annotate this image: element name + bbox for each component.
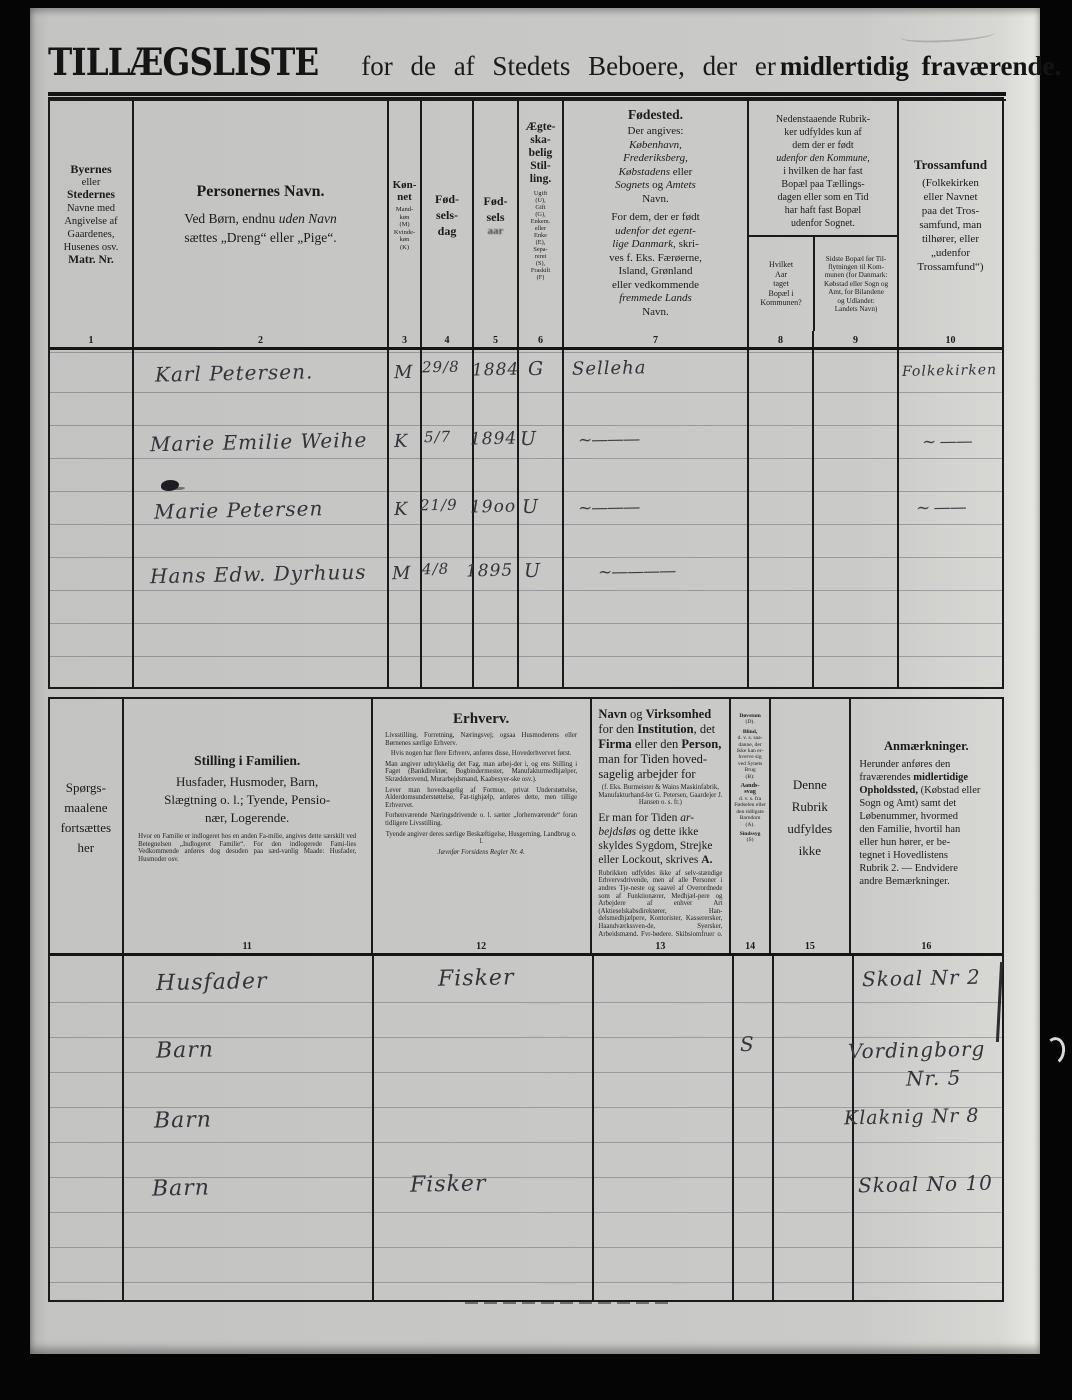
entry-birthplace-ditto: ~————	[598, 561, 676, 583]
emp-p2c: A.	[701, 854, 712, 866]
entry-position: Barn	[152, 1175, 210, 1201]
emp-n2: for den	[598, 722, 637, 736]
dis-s1: (D).	[745, 719, 754, 725]
header-employer-example: (f. Eks. Burmeister & Wains Maskinfabrik…	[598, 784, 722, 807]
entry-name: Marie Emilie Weihe	[150, 428, 368, 457]
colnum-5: 5	[472, 331, 517, 347]
occ-p3: Man angiver udtrykkelig det Fag, man arb…	[385, 761, 577, 784]
bp-p2i2: fremmede Lands	[619, 292, 692, 304]
header-birthday-title: Fød- sels- dag	[435, 191, 459, 239]
grid-line	[372, 956, 374, 1300]
printer-imprint	[465, 1300, 670, 1304]
entry-remark-line2: Nr. 5	[906, 1065, 962, 1090]
entry-civilstatus: U	[522, 496, 539, 518]
colnum-16: 16	[849, 936, 1002, 953]
header-moved-year: Hvilket Aar taget Bopæl i Kommunen?	[749, 237, 813, 331]
colnum-11: 11	[122, 936, 371, 953]
entry-remark: Klaknig Nr 8	[844, 1105, 980, 1130]
emp-n3: , det	[694, 722, 716, 736]
grid-line	[732, 956, 734, 1300]
header-sex: Køn- net Mand- køn (M) Kvinde- køn (K)	[387, 99, 420, 331]
header-family-position-title: Stilling i Familien.	[194, 753, 300, 769]
colnum-14: 14	[729, 936, 769, 953]
entry-birthplace-ditto: ~———	[578, 497, 640, 518]
header-leave-blank: Denne Rubrik udfyldes ikke	[769, 699, 849, 936]
emp-p2a: Er man for Tiden	[598, 812, 680, 824]
entry-name: Marie Petersen	[154, 496, 324, 524]
bp-n3: og	[649, 179, 666, 191]
header-birthplace-title: Fødested.	[628, 107, 683, 123]
header-family-position: Stilling i Familien. Husfader, Husmoder,…	[122, 699, 371, 936]
entry-occupation: Fisker	[438, 965, 515, 992]
upper-table-colnums: 1 2 3 4 5 6 7 8 9 10	[50, 331, 1002, 347]
header-employer-main: Navn og Virksomhed for den Institution, …	[598, 707, 722, 782]
entry-sex: K	[394, 499, 409, 520]
header-employer-note: Rubrikken udfyldes ikke af selv-stændige…	[598, 870, 722, 936]
entry-name: Hans Edw. Dyrhuus	[150, 560, 367, 589]
header-moved-note: Nedenstaaende Rubrik- ker udfyldes kun a…	[772, 99, 874, 235]
header-place-bold2: Stedernes	[67, 189, 115, 202]
header-remarks-title: Anmærkninger.	[884, 739, 969, 754]
occ-p2: Hvis nogen har flere Erhverv, anføres di…	[385, 750, 577, 758]
header-birthyear-sub: aar	[488, 225, 504, 237]
occ-p4: Lever man hovedsagelig af Formue, privat…	[385, 787, 577, 810]
grid-line	[812, 350, 814, 687]
header-religion-sub: (Folkekirken eller Navnet paa det Tros- …	[917, 176, 983, 274]
header-birthyear: Fød- sels aar	[472, 99, 517, 331]
colnum-3: 3	[387, 331, 420, 347]
grid-line	[592, 956, 594, 1300]
header-continuation-note: Spørgs- maalene fortsættes her	[50, 699, 122, 936]
header-place-reg1: eller	[82, 176, 101, 189]
occ-p7: Jævnfør Forsidens Regler Nr. 4.	[385, 849, 577, 857]
header-family-position-note: Hvor en Familie er indlogeret hos en and…	[138, 833, 356, 863]
lower-table-body: Husfader Fisker Skoal Nr 2 Barn S Vordin…	[50, 953, 1002, 1300]
header-birthyear-title: Fød- sels	[484, 193, 508, 225]
header-place-bold1: Byernes	[70, 163, 111, 176]
entry-occupation: Fisker	[410, 1171, 487, 1198]
header-remarks: Anmærkninger. Herunder anføres den fravæ…	[849, 699, 1002, 936]
bp-p2a: For dem, der er født	[611, 211, 699, 223]
occ-p6: Tyende angiver deres særlige Beskæftigel…	[385, 831, 577, 846]
header-remarks-body: Herunder anføres den fraværendes midlert…	[859, 758, 993, 888]
mv-n2: i hvilken de har fast Bopæl paa Tællings…	[777, 166, 868, 229]
colnum-13: 13	[590, 936, 729, 953]
header-civilstatus-sub: Ugift (U), Gift (G), Enkem. eller Enke (…	[531, 190, 550, 281]
grid-line	[747, 350, 749, 687]
entry-sex: M	[392, 563, 412, 584]
upper-table-header: Byernes eller Stedernes Navne med Angive…	[50, 99, 1002, 331]
grid-line	[562, 350, 564, 687]
dis-s6: (S)	[747, 837, 754, 843]
header-birthplace: Fødested. Der angives: København, Freder…	[562, 99, 747, 331]
entry-sex: K	[394, 431, 409, 452]
emp-b4: Firma	[598, 737, 631, 751]
header-civilstatus: Ægte- ska- belig Stil- ling. Ugift (U), …	[517, 99, 562, 331]
entry-church-ditto: ~ ——	[916, 497, 966, 518]
header-employer: Navn og Virksomhed for den Institution, …	[590, 699, 729, 936]
header-place-bold3: Matr. Nr.	[68, 254, 113, 267]
header-religion-title: Trossamfund	[914, 157, 987, 173]
entry-civilstatus: G	[528, 358, 545, 380]
entry-birthday: 4/8	[422, 560, 450, 579]
header-employer-p2: Er man for Tiden ar- bejdsløs og dette i…	[598, 811, 722, 867]
bp-n1: Der angives:	[628, 125, 684, 137]
colnum-15: 15	[769, 936, 849, 953]
grid-line	[897, 350, 899, 687]
header-moved-group: Nedenstaaende Rubrik- ker udfyldes kun a…	[747, 99, 897, 331]
header-last-residence: Sidste Bopæl før Til- flytningen til Kom…	[813, 237, 897, 331]
entry-birthday: 21/9	[420, 496, 458, 515]
header-name-sub2: sættes „Dreng“ eller „Pige“.	[184, 230, 336, 245]
header-name-sub-italic: uden Navn	[279, 211, 337, 226]
header-birthplace-p2: For dem, der er født udenfor det egent- …	[609, 211, 702, 319]
bp-i3: Amtets	[666, 179, 696, 191]
emp-n1: og	[627, 707, 646, 721]
census-form-page: TILLÆGSLISTE for de af Stedets Beboere, …	[0, 0, 1072, 1400]
grid-line	[420, 350, 422, 687]
occ-p1: Livsstilling, Forretning, Næringsvej; og…	[385, 732, 577, 747]
header-disabilities: Døvstum (D). Blind, d. v. s. saa-danne, …	[729, 699, 769, 936]
dis-s3: (B):	[746, 774, 755, 780]
header-name-sub: Ved Børn, endnu uden Navn sættes „Dreng“…	[184, 209, 337, 247]
header-civilstatus-title: Ægte- ska- belig Stil- ling.	[525, 121, 555, 186]
colnum-2: 2	[132, 331, 387, 347]
title-word: TILLÆGSLISTE	[48, 39, 318, 84]
entry-position: Husfader	[156, 969, 268, 996]
entry-disability: S	[740, 1032, 755, 1056]
header-family-position-list: Husfader, Husmoder, Barn, Slægtning o. l…	[164, 773, 330, 827]
colnum-1: 1	[50, 331, 132, 347]
rem-n2: (Købstad eller Sogn og Amt) samt det Løb…	[859, 785, 980, 887]
colnum-12: 12	[371, 936, 590, 953]
grid-line	[772, 956, 774, 1300]
entry-position: Barn	[156, 1037, 214, 1063]
bp-i2: Sognets	[615, 179, 649, 191]
entry-birthday: 5/7	[424, 428, 452, 447]
lower-table-header: Spørgs- maalene fortsættes her Stilling …	[50, 699, 1002, 936]
emp-n5: man for Tiden hoved- sagelig arbejder fo…	[598, 752, 707, 781]
mv-n1: Nedenstaaende Rubrik- ker udfyldes kun a…	[776, 114, 870, 151]
entry-birthyear: 1884	[472, 360, 520, 381]
entry-church-ditto: ~ ——	[922, 431, 972, 452]
colnum-7: 7	[562, 331, 747, 347]
colnum-6: 6	[517, 331, 562, 347]
dis-s5: (A).	[745, 822, 754, 828]
entry-position: Barn	[154, 1107, 212, 1133]
title-mid: for de af Stedets Beboere, der er	[361, 51, 776, 81]
header-sex-sub: Mand- køn (M) Kvinde- køn (K)	[394, 206, 415, 251]
header-birthday: Fød- sels- dag	[420, 99, 472, 331]
grid-line	[472, 350, 474, 687]
title-emphasis: midlertidig fraværende.	[780, 51, 1061, 81]
header-place-reg2: Navne med Angivelse af Gaardenes, Husene…	[64, 202, 119, 254]
entry-birthplace-ditto: ~———	[578, 429, 640, 450]
dis-b3: Aands- svag	[741, 783, 760, 796]
bp-p2c: Navn.	[642, 306, 669, 318]
colnum-4: 4	[420, 331, 472, 347]
grid-line	[387, 350, 389, 687]
entry-name: Karl Petersen.	[155, 359, 314, 386]
bp-n4: Navn.	[642, 193, 669, 205]
colnum-9: 9	[812, 331, 897, 347]
ink-blot	[161, 480, 179, 491]
emp-b5: Person,	[681, 737, 721, 751]
occ-p5: Forhenværende Næringsdrivende o. l. sætt…	[385, 812, 577, 827]
grid-line	[122, 956, 124, 1300]
entry-church: Folkekirken	[902, 362, 997, 380]
entry-remark: Skoal Nr 2	[862, 965, 981, 991]
pen-stroke	[996, 962, 1003, 1042]
entry-birthyear: 1894	[470, 429, 518, 450]
header-religion: Trossamfund (Folkekirken eller Navnet pa…	[897, 99, 1002, 331]
entry-birthday: 29/8	[422, 358, 460, 377]
bp-n2: eller	[670, 166, 692, 178]
page-title: TILLÆGSLISTE for de af Stedets Beboere, …	[48, 40, 1004, 84]
entry-civilstatus: U	[520, 428, 537, 450]
entry-birthyear: 1895	[466, 561, 514, 582]
header-sex-title: Køn- net	[393, 179, 417, 203]
dis-s4: d. v. s. fra Fødselen eller den tidligst…	[734, 796, 766, 822]
lower-table: Spørgs- maalene fortsættes her Stilling …	[48, 697, 1004, 1302]
margin-hook-mark	[1042, 1035, 1068, 1066]
header-occupation: Erhverv. Livsstilling, Forretning, Nærin…	[371, 699, 590, 936]
emp-b1: Navn	[598, 707, 626, 721]
header-name: Personernes Navn. Ved Børn, endnu uden N…	[132, 99, 387, 331]
emp-b2: Virksomhed	[646, 707, 712, 721]
entry-remark: Vordingborg	[848, 1037, 986, 1064]
colnum-blank	[50, 936, 122, 953]
entry-sex: M	[394, 362, 414, 383]
header-place: Byernes eller Stedernes Navne med Angive…	[50, 99, 132, 331]
upper-table: Byernes eller Stedernes Navne med Angive…	[48, 97, 1004, 689]
lower-table-colnums: 11 12 13 14 15 16	[50, 936, 1002, 953]
mv-i: udenfor den Kommune,	[776, 153, 870, 164]
upper-table-body: Karl Petersen. M 29/8 1884 G Selleha Fol…	[50, 347, 1002, 687]
colnum-10: 10	[897, 331, 1002, 347]
entry-remark: Skoal No 10	[858, 1171, 993, 1198]
entry-civilstatus: U	[524, 560, 541, 582]
header-moved-split: Hvilket Aar taget Bopæl i Kommunen? Sids…	[749, 235, 897, 331]
emp-n4: eller den	[632, 737, 682, 751]
header-name-sub1: Ved Børn, endnu	[184, 211, 279, 226]
grid-line	[517, 350, 519, 687]
colnum-8: 8	[747, 331, 812, 347]
entry-birthyear: 19oo	[470, 497, 517, 518]
header-occupation-title: Erhverv.	[453, 711, 509, 728]
entry-birthplace: Selleha	[572, 357, 647, 380]
emp-b3: Institution	[637, 722, 693, 736]
grid-line	[132, 350, 134, 687]
header-name-title: Personernes Navn.	[197, 183, 325, 201]
dis-s2: d. v. s. saa-danne, der ikke kan er-hver…	[734, 735, 766, 773]
header-birthplace-p1: Der angives: København, Frederiksberg, K…	[615, 125, 696, 206]
